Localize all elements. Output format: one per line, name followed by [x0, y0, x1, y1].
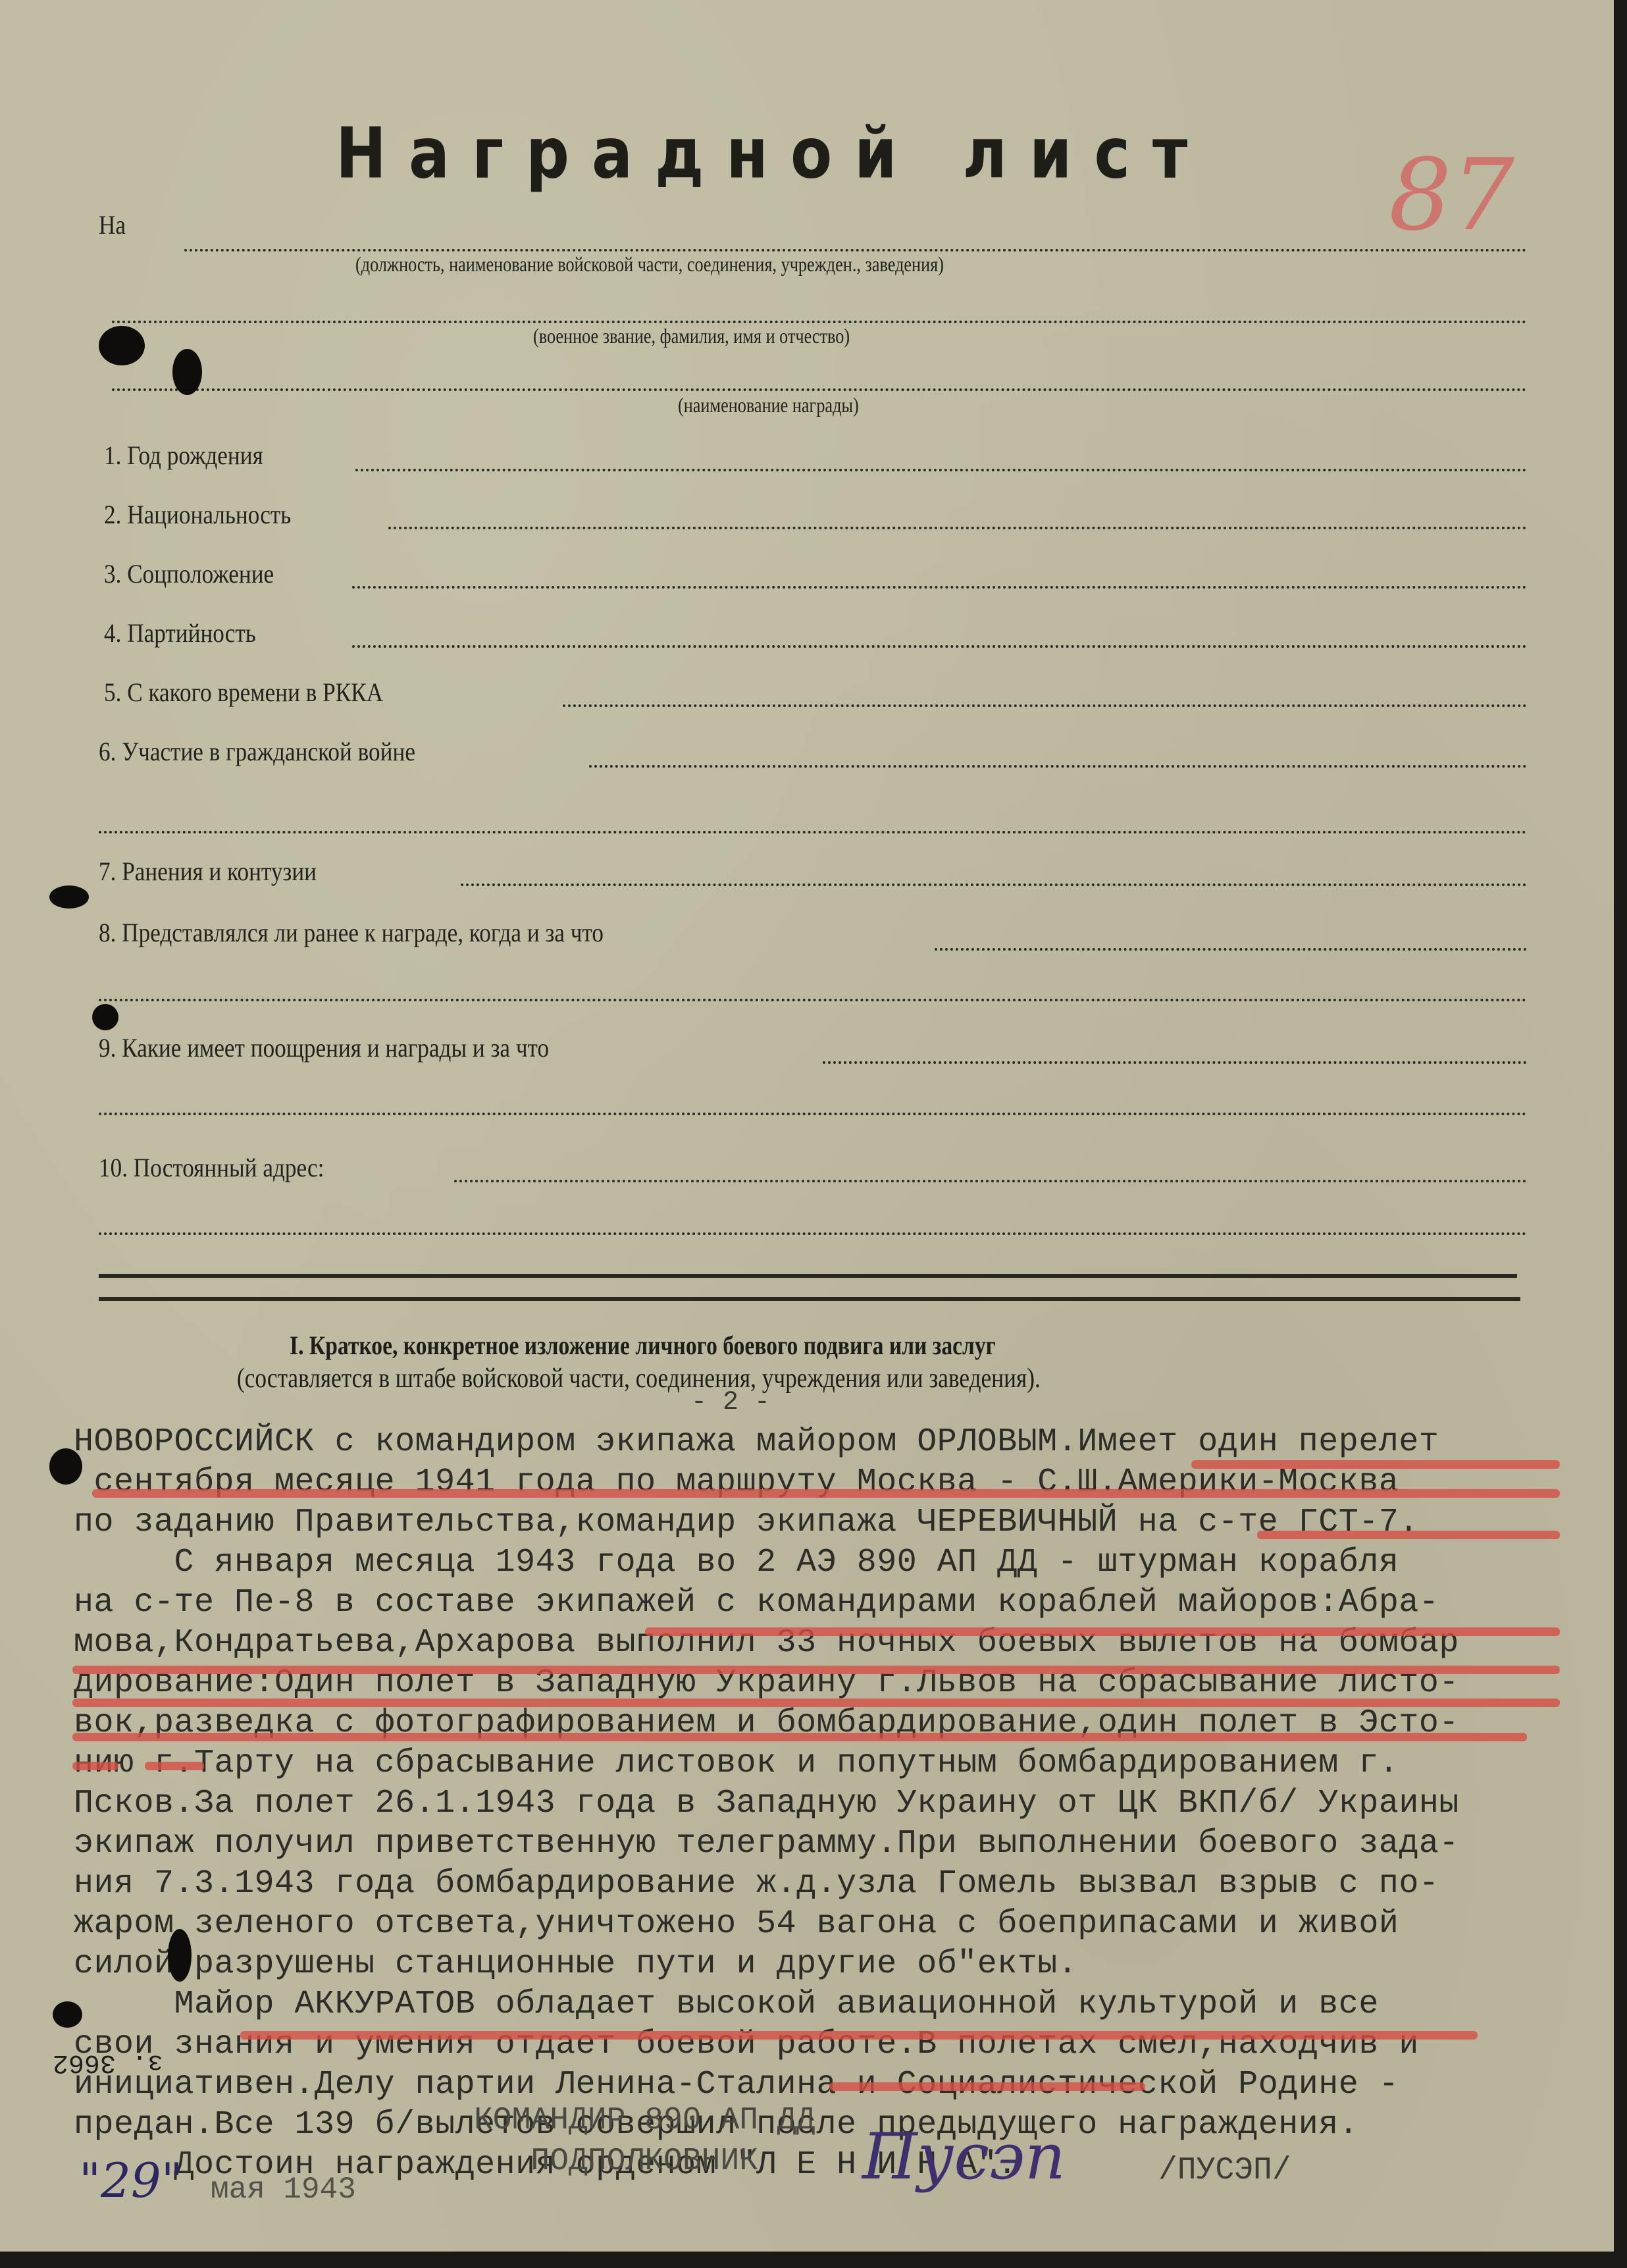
signatory-position: КОМАНДИР 890 АП ДД ПОДПОЛКОВНИК [474, 2100, 815, 2182]
question-6-field [589, 765, 1527, 768]
divider-line-2 [99, 1297, 1520, 1301]
red-underline [145, 1762, 204, 1770]
red-underline [72, 1733, 1527, 1741]
handwritten-signature: Пусэп [862, 2120, 1066, 2194]
header-field-line-name [112, 321, 1527, 323]
narrative-line: Майор АККУРАТОВ обладает высокой авиацио… [74, 1984, 1459, 2024]
question-5-label: 5. С какого времени в РККА [104, 677, 383, 708]
divider-line-1 [99, 1274, 1517, 1278]
question-2-field [388, 527, 1527, 529]
narrative-line: инициативен.Делу партии Ленина-Сталина и… [74, 2065, 1459, 2105]
question-9-field [823, 1061, 1527, 1064]
narrative-line: экипаж получил приветственную телеграмму… [74, 1824, 1459, 1864]
question-1-field [355, 469, 1527, 471]
question-8-field [935, 948, 1527, 951]
question-10-field [454, 1180, 1527, 1182]
punch-hole [92, 1004, 118, 1030]
punch-hole [49, 1448, 82, 1485]
narrative-line: жаром зеленого отсвета,уничтожено 54 ваг… [74, 1904, 1459, 1944]
date-day: "29" [79, 2153, 183, 2208]
stamp-number: з. 3662 [53, 2047, 163, 2077]
red-underline [72, 1762, 118, 1770]
question-1-label: 1. Год рождения [104, 440, 263, 471]
header-field-line-award [112, 388, 1527, 391]
punch-hole [168, 1929, 192, 1982]
narrative-line: НОВОРОССИЙСК с командиром экипажа майоро… [74, 1422, 1459, 1462]
narrative-line: Псков.За полет 26.1.1943 года в Западную… [74, 1783, 1459, 1824]
red-underline [72, 1699, 1560, 1707]
red-underline [1191, 1460, 1560, 1469]
archive-number: 87 [1389, 138, 1514, 253]
question-2-label: 2. Национальность [104, 499, 291, 530]
narrative-line: по заданию Правительства,командир экипаж… [74, 1502, 1459, 1543]
narrative-line: С января месяца 1943 года во 2 АЭ 890 АП… [74, 1543, 1459, 1583]
header-prefix-na: На [99, 209, 126, 240]
red-underline [72, 1666, 1560, 1674]
narrative-line: ния 7.3.1943 года бомбардирование ж.д.уз… [74, 1864, 1459, 1904]
question-4-label: 4. Партийность [104, 618, 256, 648]
document-title: Наградной лист [336, 113, 1210, 194]
question-6-label: 6. Участие в гражданской войне [99, 736, 415, 767]
header-caption-award: (наименование награды) [678, 393, 859, 417]
punch-hole [99, 326, 145, 365]
narrative-line: нию г.Тарту на сбрасывание листовок и по… [74, 1743, 1459, 1783]
date-month-year: мая 1943 [211, 2173, 356, 2207]
red-underline [645, 1627, 1560, 1636]
section-subtitle: (составляется в штабе войсковой части, с… [237, 1363, 1041, 1394]
header-field-line-position [184, 249, 1527, 251]
question-3-label: 3. Соцположение [104, 558, 274, 589]
narrative-text: НОВОРОССИЙСК с командиром экипажа майоро… [74, 1422, 1459, 2185]
punch-hole [53, 2001, 82, 2028]
question-6-field-extra [99, 831, 1527, 833]
question-7-field [461, 883, 1527, 886]
header-caption-position: (должность, наименование войсковой части… [355, 252, 944, 277]
narrative-line: на с-те Пе-8 в составе экипажей с команд… [74, 1583, 1459, 1623]
question-10-label: 10. Постоянный адрес: [99, 1152, 324, 1183]
section-title: I. Краткое, конкретное изложение личного… [290, 1330, 996, 1361]
award-sheet-page: Наградной лист 87 На (должность, наимено… [0, 0, 1614, 2252]
red-underline [1257, 1531, 1560, 1539]
signatory-rank: ПОДПОЛКОВНИК [474, 2141, 815, 2182]
question-10-field-extra [99, 1232, 1527, 1235]
question-5-field [563, 704, 1527, 707]
red-underline [829, 2082, 1145, 2091]
signatory-name: /ПУСЭП/ [1158, 2153, 1291, 2188]
question-8-field-extra [99, 999, 1527, 1001]
question-9-label: 9. Какие имеет поощрения и награды и за … [99, 1032, 549, 1063]
question-3-field [352, 586, 1527, 589]
punch-hole [49, 885, 89, 909]
header-caption-name: (военное звание, фамилия, имя и отчество… [533, 324, 850, 348]
punch-hole [172, 349, 202, 395]
red-underline [240, 2031, 1478, 2040]
question-9-field-extra [99, 1113, 1527, 1115]
signatory-position-line1: КОМАНДИР 890 АП ДД [474, 2100, 815, 2141]
question-7-label: 7. Ранения и контузии [99, 856, 317, 887]
red-underline [92, 1489, 1560, 1498]
question-8-label: 8. Представлялся ли ранее к награде, ког… [99, 917, 604, 948]
narrative-line: силой,разрушены станционные пути и други… [74, 1944, 1459, 1984]
question-4-field [352, 645, 1527, 648]
page-marker: - 2 - [691, 1388, 770, 1417]
